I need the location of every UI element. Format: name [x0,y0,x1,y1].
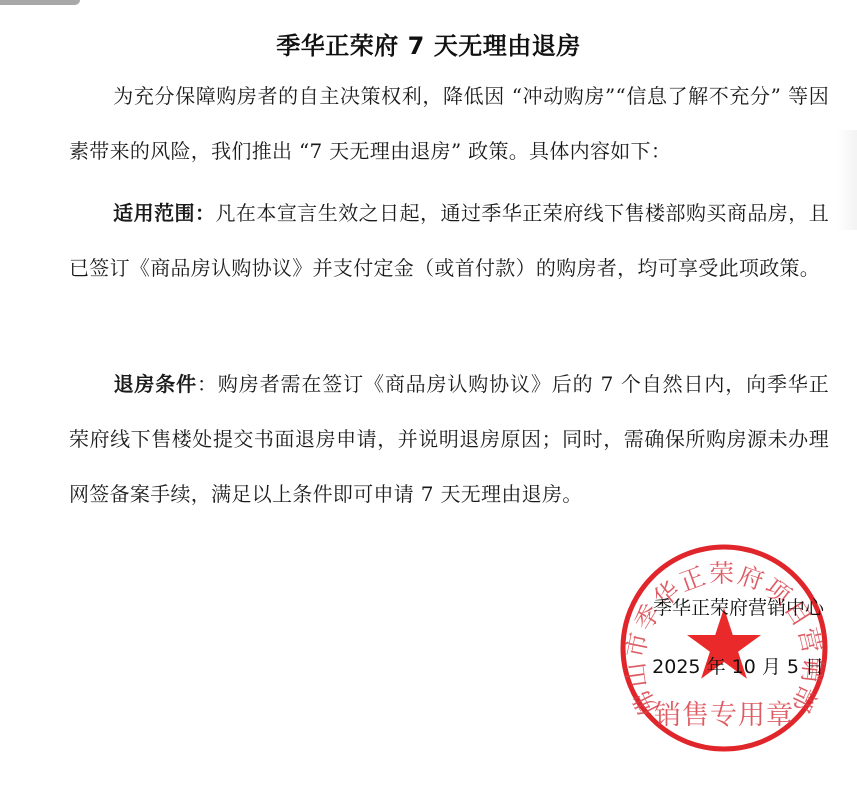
document-title: 季华正荣府 7 天无理由退房 [0,26,857,61]
conditions-paragraph: 退房条件：购房者需在签订《商品房认购协议》后的 7 个自然日内，向季华正荣府线下… [69,357,829,522]
intro-paragraph: 为充分保障购房者的自主决策权利，降低因 “冲动购房”“信息了解不充分” 等因素带… [69,69,829,179]
page-edge-shadow [837,130,857,230]
official-seal-stamp: 佛山市季华正荣府项目营销部 销售专用章 [618,542,830,754]
signature-organization: 季华正荣府营销中心 [653,593,824,620]
window-corner-tab [0,0,80,5]
seal-center-text: 销售专用章 [654,700,794,731]
scope-paragraph: 适用范围：凡在本宣言生效之日起，通过季华正荣府线下售楼部购买商品房，且已签订《商… [69,186,829,296]
intro-text: 为充分保障购房者的自主决策权利，降低因 “冲动购房”“信息了解不充分” 等因素带… [69,84,829,163]
conditions-separator: ： [197,372,218,396]
scope-label: 适用范围： [113,201,215,225]
signature-date: 2025 年 10 月 5 日 [652,652,824,679]
seal-graphic: 佛山市季华正荣府项目营销部 销售专用章 [618,542,830,754]
conditions-label: 退房条件 [113,372,197,396]
